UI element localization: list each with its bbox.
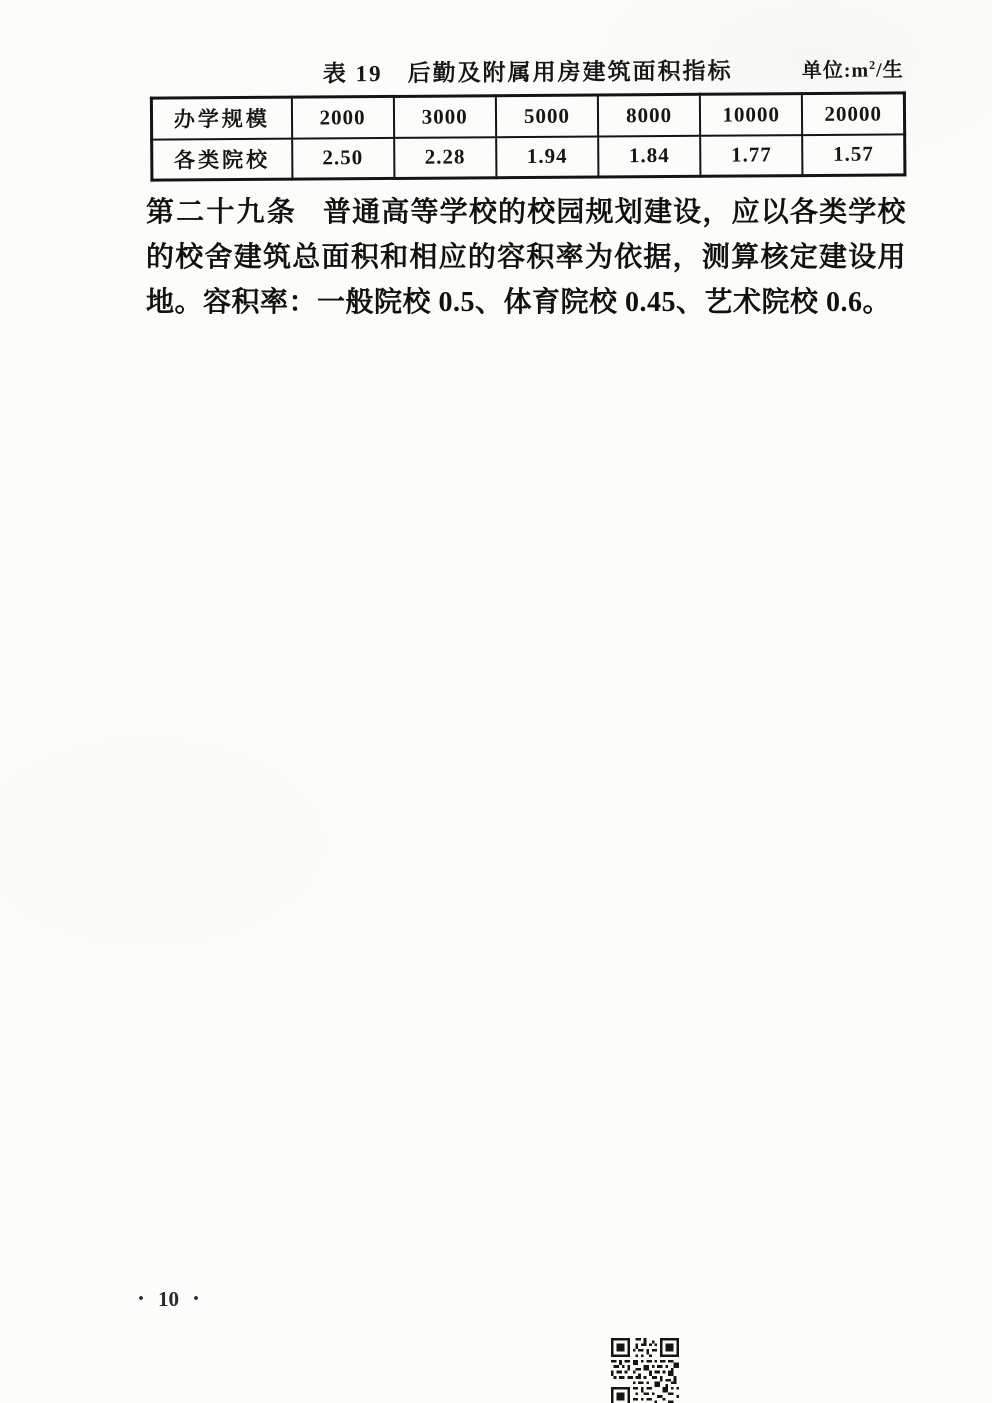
- qr-code-icon: [611, 1338, 679, 1403]
- table-header-group: 表 19 后勤及附属用房建筑面积指标 单位:m2/生 办学规模 2000 300…: [150, 47, 907, 181]
- table-caption: 表 19 后勤及附属用房建筑面积指标: [323, 53, 733, 89]
- qr-code-image: [611, 1338, 679, 1403]
- row-header-cell: 各类院校: [152, 138, 292, 180]
- table-cell: 10000: [700, 94, 802, 136]
- unit-prefix: 单位:m: [802, 60, 869, 82]
- page-number-left-dot: ·: [124, 1286, 158, 1313]
- table-row-index: 各类院校 2.50 2.28 1.94 1.84 1.77 1.57: [152, 134, 905, 180]
- table-cell: 8000: [598, 94, 700, 136]
- article-number-label: 第二十九条: [146, 197, 297, 228]
- table-caption-row: 表 19 后勤及附属用房建筑面积指标 单位:m2/生: [150, 47, 906, 96]
- table-cell: 5000: [496, 95, 598, 137]
- table-row-scale: 办学规模 2000 3000 5000 8000 10000 20000: [151, 93, 904, 139]
- table-cell: 2.50: [292, 137, 394, 179]
- table-cell: 1.77: [700, 135, 802, 177]
- table-cell: 1.84: [598, 135, 700, 177]
- article-paragraph: 第二十九条普通高等学校的校园规划建设，应以各类学校的校舍建筑总面积和相应的容积率…: [146, 190, 906, 325]
- table-cell: 2000: [291, 96, 393, 138]
- unit-label: 单位:m2/生: [802, 53, 904, 83]
- unit-suffix: /生: [876, 59, 904, 81]
- table-cell: 20000: [802, 93, 905, 135]
- page-number-value: 10: [158, 1287, 179, 1312]
- building-area-table: 办学规模 2000 3000 5000 8000 10000 20000 各类院…: [150, 91, 907, 181]
- table-cell: 1.57: [802, 134, 905, 176]
- page-number: · 10 ·: [124, 1286, 213, 1313]
- table-cell: 1.94: [496, 136, 598, 178]
- page-number-right-dot: ·: [179, 1286, 213, 1313]
- table-cell: 2.28: [394, 137, 496, 179]
- document-page: 表 19 后勤及附属用房建筑面积指标 单位:m2/生 办学规模 2000 300…: [0, 0, 992, 1403]
- row-header-cell: 办学规模: [151, 97, 291, 139]
- table-cell: 3000: [394, 96, 496, 138]
